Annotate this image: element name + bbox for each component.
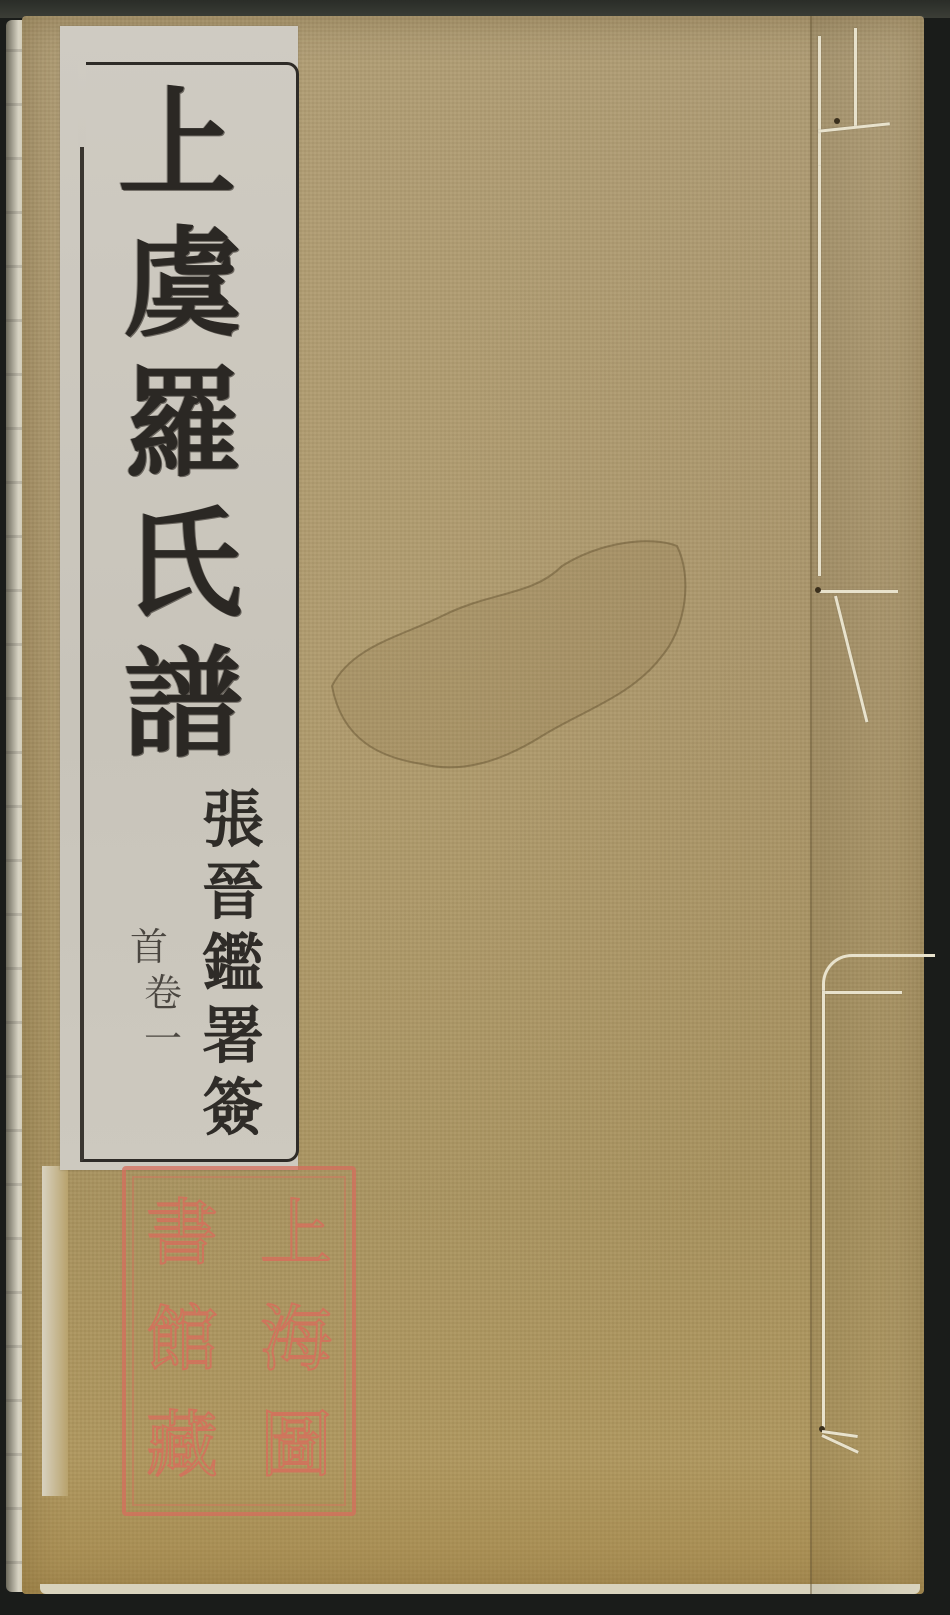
binding-thread [854, 28, 857, 128]
book-cover: 上 虞 羅 氏 譜 張 晉 鑑 署 簽 首 卷 一 上 海 圖 書 館 [22, 16, 924, 1594]
binding-strip [812, 16, 924, 1594]
binding-thread [822, 991, 825, 1431]
seal-char: 上 [260, 1180, 332, 1286]
seal-char: 藏 [146, 1392, 218, 1498]
signer-char: 署 [202, 1000, 264, 1072]
title-label-slip: 上 虞 羅 氏 譜 張 晉 鑑 署 簽 首 卷 一 [60, 26, 298, 1170]
seal-char: 書 [146, 1180, 218, 1286]
seal-column-right: 上 海 圖 [248, 1180, 344, 1498]
book-title: 上 虞 羅 氏 譜 [108, 74, 258, 774]
title-char: 氏 [124, 494, 242, 634]
torn-cover-edge [42, 1166, 68, 1496]
binding-thread [822, 991, 902, 994]
binding-thread [818, 166, 821, 576]
signer-char: 簽 [202, 1072, 264, 1144]
library-seal-stamp: 上 海 圖 書 館 藏 [122, 1166, 356, 1516]
binding-thread [818, 36, 821, 166]
seal-column-left: 書 館 藏 [134, 1180, 230, 1498]
volume-label: 首 卷 一 [128, 924, 198, 1062]
seal-char: 館 [146, 1286, 218, 1392]
title-char: 譜 [124, 634, 242, 774]
title-char: 上 [118, 74, 236, 214]
binding-thread [818, 590, 898, 593]
signer-char: 晉 [202, 856, 264, 928]
title-char: 羅 [124, 354, 242, 494]
stitch-hole [834, 118, 840, 124]
volume-char: 一 [144, 1016, 182, 1062]
volume-char: 卷 [144, 970, 182, 1016]
volume-char: 首 [130, 924, 168, 970]
signer-char: 鑑 [202, 928, 264, 1000]
seal-char: 海 [260, 1286, 332, 1392]
water-stain [322, 536, 702, 776]
signer-char: 張 [202, 784, 264, 856]
calligrapher-signature: 張 晉 鑑 署 簽 [188, 784, 278, 1144]
seal-char: 圖 [260, 1392, 332, 1498]
spine-fold-line [810, 16, 812, 1594]
stitch-hole [815, 587, 821, 593]
page-bottom-edge [40, 1584, 920, 1594]
title-char: 虞 [124, 214, 242, 354]
